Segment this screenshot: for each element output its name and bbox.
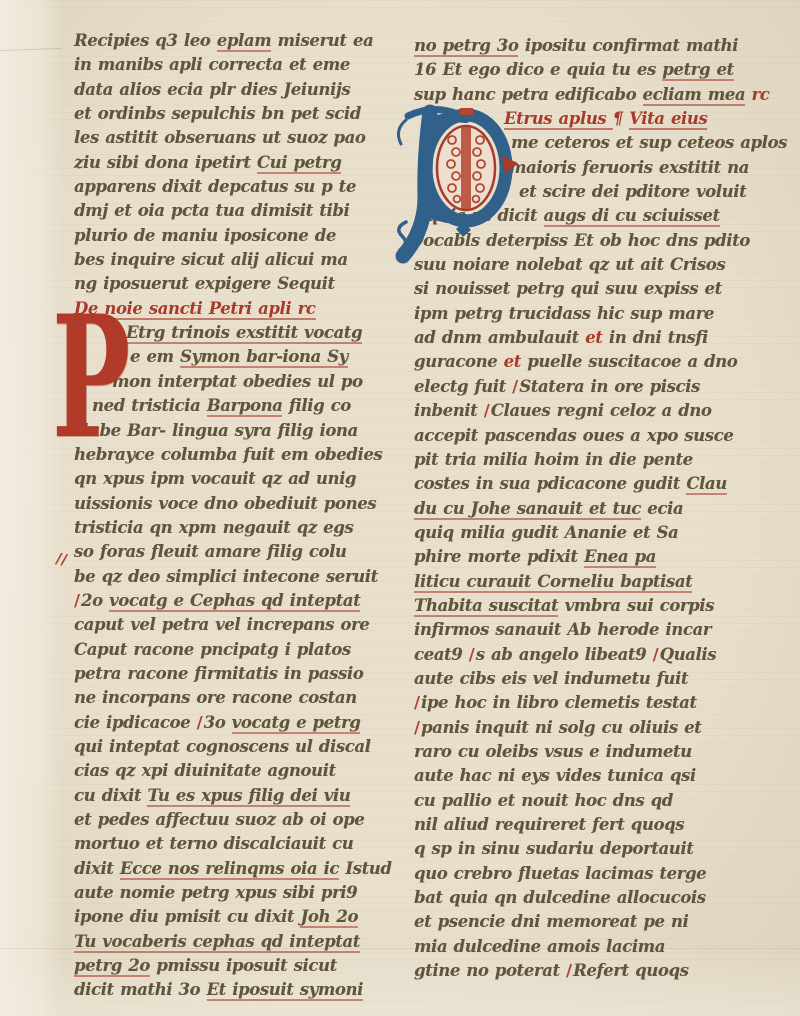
text-line: q sp in sinu sudariu deportauit: [414, 839, 770, 863]
text-segment: et: [585, 328, 602, 347]
text-line: no petrg 3o ipositu confirmat mathi: [414, 36, 770, 60]
text-line: raro cu oleibs vsus e indumetu: [414, 742, 770, 766]
text-segment: dmj et oia pcta tua dimisit tibi: [74, 201, 349, 220]
text-segment: ¶: [613, 109, 629, 128]
text-segment: in manibs apli correcta et eme: [74, 55, 350, 74]
text-segment: mon interptat obedies ul po: [112, 372, 363, 391]
text-segment: electg fuit: [414, 377, 512, 396]
text-segment: pmissu iposuit sicut: [150, 956, 337, 975]
text-segment: ∕: [414, 693, 421, 712]
text-line: uissionis voce dno obediuit pones: [74, 494, 386, 518]
text-line: bat quia qn dulcedine allocucois: [414, 888, 770, 912]
text-segment: Caput racone pncipatg i platos: [74, 640, 351, 659]
text-segment: so foras fleuit amare filig colu: [74, 542, 347, 561]
text-segment: ∕: [414, 718, 421, 737]
text-line: inbenit ∕Claues regni celoz a dno: [414, 401, 770, 425]
text-segment: aute hac ni eys vides tunica qsi: [414, 766, 696, 785]
text-segment: ∕: [469, 645, 476, 664]
text-segment: miserut ea: [271, 31, 373, 50]
text-segment: Enea pa: [584, 547, 656, 568]
text-segment: bes inquire sicut alij alicui ma: [74, 250, 348, 269]
manuscript-page-photo: Recipies q3 leo eplam miserut eain manib…: [0, 0, 800, 1016]
text-segment: ecia: [641, 499, 683, 518]
text-line: ceat9 ∕s ab angelo libeat9 ∕Qualis: [414, 645, 770, 669]
text-line: aute cibs eis vel indumetu fuit: [414, 669, 770, 693]
text-segment: Qualis: [660, 645, 717, 664]
text-line: bes inquire sicut alij alicui ma: [74, 250, 386, 274]
text-segment: 16 Et ego dico e quia tu es: [414, 60, 662, 79]
text-line: liticu curauit Corneliu baptisat: [414, 572, 770, 596]
text-segment: quo crebro fluetas lacimas terge: [414, 864, 706, 883]
text-segment: ceat9: [414, 645, 469, 664]
text-line: ∕2o vocatg e Cephas qd inteptat: [74, 591, 386, 615]
text-line: cu pallio et nouit hoc dns qd: [414, 791, 770, 815]
text-segment: maioris feruoris exstitit na: [509, 158, 749, 177]
text-line: so foras fleuit amare filig colu: [74, 542, 386, 566]
text-line: aute nomie petrg xpus sibi pri9: [74, 883, 386, 907]
text-segment: filig co: [282, 396, 350, 415]
text-segment: Clau: [686, 474, 727, 495]
text-line: 16 Et ego dico e quia tu es petrg et: [414, 60, 770, 84]
text-segment: costes in sua pdicacone gudit: [414, 474, 686, 493]
text-segment: et: [504, 352, 521, 371]
text-segment: Claues regni celoz a dno: [491, 401, 712, 420]
text-segment: petrg et: [662, 60, 734, 81]
text-segment: ne incorpans ore racone costan: [74, 688, 357, 707]
text-segment: q sp in sinu sudariu deportauit: [414, 839, 693, 858]
text-line: et ordinbs sepulchis bn pet scid: [74, 104, 386, 128]
text-segment: ipm petrg trucidass hic sup mare: [414, 304, 714, 323]
text-segment: data alios ecia plr dies Jeiunijs: [74, 80, 350, 99]
text-line: petrg 2o pmissu iposuit sicut: [74, 956, 386, 980]
text-line: cie ipdicacoe ∕3o vocatg e petrg: [74, 713, 386, 737]
text-segment: 3o: [204, 713, 232, 732]
text-segment: vocatg e Cephas qd inteptat: [109, 591, 360, 612]
text-segment: puelle suscitacoe a dno: [521, 352, 737, 371]
text-line: phire morte pdixit Enea pa: [414, 547, 770, 571]
text-line: petra racone firmitatis in passio: [74, 664, 386, 688]
text-line: et psencie dni memoreat pe ni: [414, 912, 770, 936]
text-segment: cu pallio et nouit hoc dns qd: [414, 791, 673, 810]
text-segment: panis inquit ni solg cu oliuis et: [421, 718, 701, 737]
text-segment: pit tria milia hoim in die pente: [414, 450, 693, 469]
text-segment: caput vel petra vel increpans ore: [74, 615, 369, 634]
text-segment: mia dulcedine amois lacima: [414, 937, 665, 956]
text-segment: Tu vocaberis cephas qd inteptat: [74, 932, 360, 953]
text-segment: no petrg 3o: [414, 36, 518, 57]
illuminated-initial-p-blue: [390, 100, 530, 299]
text-segment: aute cibs eis vel indumetu fuit: [414, 669, 688, 688]
text-line: caput vel petra vel increpans ore: [74, 615, 386, 639]
text-line: du cu Johe sanauit et tuc ecia: [414, 499, 770, 523]
initial-p-blue-drawing: [390, 100, 530, 295]
text-segment: aute nomie petrg xpus sibi pri9: [74, 883, 357, 902]
text-line: Tu vocaberis cephas qd inteptat: [74, 932, 386, 956]
text-segment: e em: [130, 347, 180, 366]
text-segment: ipe hoc in libro clemetis testat: [421, 693, 697, 712]
text-segment: Cui petrg: [257, 153, 341, 174]
text-segment: ipositu confirmat mathi: [518, 36, 738, 55]
text-line: apparens dixit depcatus su p te: [74, 177, 386, 201]
text-segment: Vita eius: [629, 109, 707, 130]
text-segment: qui inteptat cognoscens ul discal: [74, 737, 371, 756]
text-line: Caput racone pncipatg i platos: [74, 640, 386, 664]
text-line: infirmos sanauit Ab herode incar: [414, 620, 770, 644]
text-segment: Recipies q3 leo: [74, 31, 217, 50]
text-line: costes in sua pdicacone gudit Clau: [414, 474, 770, 498]
text-line: electg fuit ∕Statera in ore piscis: [414, 377, 770, 401]
text-line: ad dnm ambulauit et in dni tnsfi: [414, 328, 770, 352]
text-line: cias qz xpi diuinitate agnouit: [74, 761, 386, 785]
text-segment: Barpona: [207, 396, 283, 417]
text-segment: mortuo et terno discalciauit cu: [74, 834, 353, 853]
text-segment: ∕: [74, 591, 81, 610]
text-segment: ecliam mea: [643, 85, 746, 106]
marginal-red-mark: ∕∕: [54, 549, 68, 569]
text-segment: vocatg e petrg: [232, 713, 361, 734]
text-segment: cie ipdicacoe: [74, 713, 197, 732]
text-segment: ∕: [484, 401, 491, 420]
text-line: dicit mathi 3o Et iposuit symoni: [74, 980, 386, 1004]
text-segment: ipone diu pmisit cu dixit: [74, 907, 300, 926]
text-segment: liticu curauit Corneliu baptisat: [414, 572, 692, 593]
text-segment: Istud: [339, 859, 392, 878]
parchment-crease: [0, 48, 62, 51]
text-segment: rc: [745, 85, 769, 104]
text-segment: plurio de maniu iposicone de: [74, 226, 336, 245]
text-segment: Thabita suscitat: [414, 596, 558, 617]
text-segment: ∕: [566, 961, 573, 980]
text-line: Thabita suscitat vmbra sui corpis: [414, 596, 770, 620]
text-line: ipone diu pmisit cu dixit Joh 2o: [74, 907, 386, 931]
text-segment: nil aliud requireret fert quoqs: [414, 815, 684, 834]
text-line: ipm petrg trucidass hic sup mare: [414, 304, 770, 328]
text-line: tristicia qn xpm negauit qz egs: [74, 518, 386, 542]
text-line: data alios ecia plr dies Jeiunijs: [74, 80, 386, 104]
text-line: dixit Ecce nos relinqms oia ic Istud: [74, 859, 386, 883]
text-line: ne incorpans ore racone costan: [74, 688, 386, 712]
text-segment: ad dnm ambulauit: [414, 328, 585, 347]
text-segment: petra racone firmitatis in passio: [74, 664, 363, 683]
text-line: pit tria milia hoim in die pente: [414, 450, 770, 474]
text-segment: eplam: [217, 31, 271, 52]
text-line: qui inteptat cognoscens ul discal: [74, 737, 386, 761]
text-segment: raro cu oleibs vsus e indumetu: [414, 742, 692, 761]
text-segment: du cu Johe sanauit et tuc: [414, 499, 641, 520]
text-segment: phire morte pdixit: [414, 547, 584, 566]
text-line: et pedes affectuu suoz ab oi ope: [74, 810, 386, 834]
text-segment: uissionis voce dno obediuit pones: [74, 494, 376, 513]
text-segment: Statera in ore piscis: [519, 377, 700, 396]
text-segment: quiq milia gudit Ananie et Sa: [414, 523, 678, 542]
text-segment: dicit mathi 3o: [74, 980, 207, 999]
text-line: plurio de maniu iposicone de: [74, 226, 386, 250]
text-line: ziu sibi dona ipetirt Cui petrg: [74, 153, 386, 177]
text-segment: infirmos sanauit Ab herode incar: [414, 620, 711, 639]
text-segment: 2o: [81, 591, 109, 610]
text-segment: et scire dei pditore voluit: [519, 182, 746, 201]
text-line: accepit pascendas oues a xpo susce: [414, 426, 770, 450]
text-segment: ziu sibi dona ipetirt: [74, 153, 257, 172]
text-segment: inbenit: [414, 401, 484, 420]
text-line: cu dixit Tu es xpus filig dei viu: [74, 786, 386, 810]
text-segment: et psencie dni memoreat pe ni: [414, 912, 688, 931]
text-segment: s ab angelo libeat9: [476, 645, 653, 664]
text-line: mia dulcedine amois lacima: [414, 937, 770, 961]
text-segment: et pedes affectuu suoz ab oi ope: [74, 810, 364, 829]
text-segment: bat quia qn dulcedine allocucois: [414, 888, 706, 907]
text-line: in manibs apli correcta et eme: [74, 55, 386, 79]
text-line: dmj et oia pcta tua dimisit tibi: [74, 201, 386, 225]
text-segment: me ceteros et sup ceteos aplos: [511, 133, 787, 152]
text-segment: augs di cu sciuisset: [544, 206, 720, 227]
illuminated-initial-p-red: P: [52, 316, 130, 439]
text-segment: Tu es xpus filig dei viu: [147, 786, 350, 807]
text-segment: les astitit obseruans ut suoz pao: [74, 128, 365, 147]
text-segment: in dni tnsfi: [603, 328, 708, 347]
text-line: guracone et puelle suscitacoe a dno: [414, 352, 770, 376]
text-segment: cu dixit: [74, 786, 147, 805]
text-line: mortuo et terno discalciauit cu: [74, 834, 386, 858]
text-segment: et ordinbs sepulchis bn pet scid: [74, 104, 361, 123]
text-line: aute hac ni eys vides tunica qsi: [414, 766, 770, 790]
text-segment: Refert quoqs: [573, 961, 688, 980]
text-segment: tristicia qn xpm negauit qz egs: [74, 518, 353, 537]
text-line: quo crebro fluetas lacimas terge: [414, 864, 770, 888]
text-line: quiq milia gudit Ananie et Sa: [414, 523, 770, 547]
text-segment: guracone: [414, 352, 504, 371]
text-segment: apparens dixit depcatus su p te: [74, 177, 356, 196]
text-line: gtine no poterat ∕Refert quoqs: [414, 961, 770, 985]
text-segment: be qz deo simplici intecone seruit: [74, 567, 378, 586]
text-segment: Etrg trinois exstitit vocatg: [126, 323, 362, 344]
text-segment: Ecce nos relinqms oia ic: [120, 859, 339, 880]
text-segment: accepit pascendas oues a xpo susce: [414, 426, 733, 445]
text-segment: ∕: [653, 645, 660, 664]
text-line: be qz deo simplici intecone seruit: [74, 567, 386, 591]
text-segment: Joh 2o: [300, 907, 358, 928]
text-line: ∕ipe hoc in libro clemetis testat: [414, 693, 770, 717]
text-line: nil aliud requireret fert quoqs: [414, 815, 770, 839]
left-text-column: Recipies q3 leo eplam miserut eain manib…: [74, 31, 386, 1005]
text-segment: Symon bar-iona Sy: [180, 347, 348, 368]
text-segment: gtine no poterat: [414, 961, 566, 980]
text-segment: vmbra sui corpis: [558, 596, 714, 615]
text-segment: dixit: [74, 859, 120, 878]
text-segment: Et iposuit symoni: [207, 980, 363, 1001]
text-line: ∕panis inquit ni solg cu oliuis et: [414, 718, 770, 742]
text-line: les astitit obseruans ut suoz pao: [74, 128, 386, 152]
text-segment: petrg 2o: [74, 956, 150, 977]
text-line: Recipies q3 leo eplam miserut ea: [74, 31, 386, 55]
text-segment: cias qz xpi diuinitate agnouit: [74, 761, 336, 780]
text-segment: ∕: [197, 713, 204, 732]
